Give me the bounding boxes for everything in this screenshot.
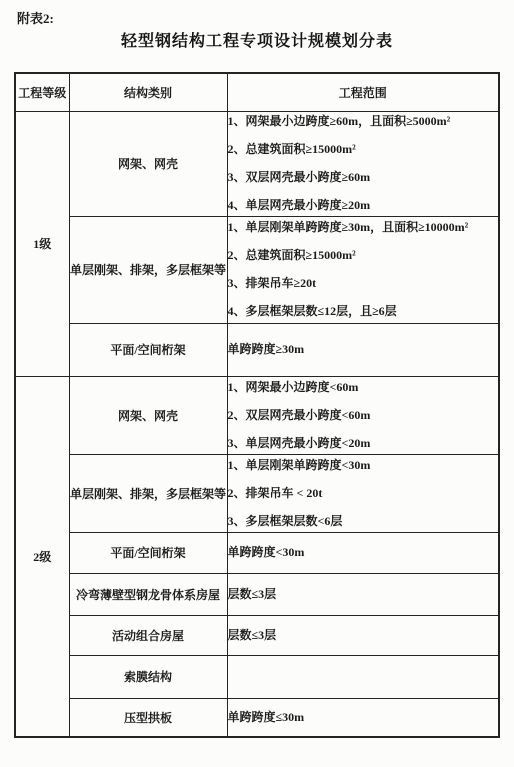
category-cell: 单层刚架、排架，多层框架等 [69, 216, 227, 323]
table-row: 单层刚架、排架，多层框架等 1、单层刚架单跨跨度≥30m，且面积≥10000m²… [15, 216, 499, 323]
scope-cell: 1、网架最小边跨度≥60m，且面积≥5000m² 2、总建筑面积≥15000m²… [227, 111, 499, 216]
scope-item: 2、总建筑面积≥15000m² [228, 248, 499, 263]
scope-item: 单跨跨度<30m [228, 545, 499, 560]
scope-item: 2、总建筑面积≥15000m² [228, 142, 499, 157]
header-row: 工程等级 结构类别 工程范围 [15, 73, 499, 111]
category-cell: 冷弯薄壁型钢龙骨体系房屋 [69, 573, 227, 615]
scope-item: 4、多层框架层数≤12层，且≥6层 [228, 304, 499, 319]
scope-cell: 层数≤3层 [227, 573, 499, 615]
scope-cell: 1、网架最小边跨度<60m 2、双层网壳最小跨度<60m 3、单层网壳最小跨度<… [227, 376, 499, 454]
table-row: 平面/空间桁架 单跨跨度≥30m [15, 323, 499, 376]
table-row: 1级 网架、网壳 1、网架最小边跨度≥60m，且面积≥5000m² 2、总建筑面… [15, 111, 499, 216]
scope-item: 单跨跨度≤30m [228, 710, 499, 725]
table-row: 活动组合房屋 层数≤3层 [15, 615, 499, 655]
scope-item: 1、单层刚架单跨跨度≥30m，且面积≥10000m² [228, 220, 499, 235]
table-row: 压型拱板 单跨跨度≤30m [15, 698, 499, 737]
scope-item: 3、多层框架层数<6层 [228, 514, 499, 529]
category-cell: 活动组合房屋 [69, 615, 227, 655]
scope-item: 1、网架最小边跨度<60m [228, 380, 499, 395]
scope-cell: 层数≤3层 [227, 615, 499, 655]
category-cell: 平面/空间桁架 [69, 532, 227, 573]
table-row: 索膜结构 [15, 655, 499, 698]
scope-item: 层数≤3层 [228, 628, 499, 643]
document-page: 附表2: 轻型钢结构工程专项设计规模划分表 工程等级 结构类别 工程范围 1级 … [0, 0, 514, 767]
header-cell-scope: 工程范围 [227, 73, 499, 111]
scope-cell: 单跨跨度≤30m [227, 698, 499, 737]
scope-cell: 单跨跨度<30m [227, 532, 499, 573]
scope-cell-empty [227, 655, 499, 698]
page-title: 轻型钢结构工程专项设计规模划分表 [0, 28, 514, 51]
scope-item: 4、单层网壳最小跨度≥20m [228, 198, 499, 213]
scope-item: 1、单层刚架单跨跨度<30m [228, 458, 499, 473]
scope-item: 2、排架吊车 < 20t [228, 486, 499, 501]
grade-cell-1: 1级 [15, 111, 69, 376]
scope-cell: 1、单层刚架单跨跨度≥30m，且面积≥10000m² 2、总建筑面积≥15000… [227, 216, 499, 323]
table-row: 平面/空间桁架 单跨跨度<30m [15, 532, 499, 573]
scope-item: 单跨跨度≥30m [228, 342, 499, 357]
scope-cell: 单跨跨度≥30m [227, 323, 499, 376]
table-row: 冷弯薄壁型钢龙骨体系房屋 层数≤3层 [15, 573, 499, 615]
scope-cell: 1、单层刚架单跨跨度<30m 2、排架吊车 < 20t 3、多层框架层数<6层 [227, 454, 499, 532]
scope-item: 3、单层网壳最小跨度<20m [228, 436, 499, 451]
category-cell: 网架、网壳 [69, 376, 227, 454]
scope-item: 3、排架吊车≥20t [228, 276, 499, 291]
category-cell: 网架、网壳 [69, 111, 227, 216]
table-row: 单层刚架、排架，多层框架等 1、单层刚架单跨跨度<30m 2、排架吊车 < 20… [15, 454, 499, 532]
category-cell: 平面/空间桁架 [69, 323, 227, 376]
category-cell: 索膜结构 [69, 655, 227, 698]
scope-item: 3、双层网壳最小跨度≥60m [228, 170, 499, 185]
scope-item: 层数≤3层 [228, 587, 499, 602]
classification-table: 工程等级 结构类别 工程范围 1级 网架、网壳 1、网架最小边跨度≥60m，且面… [14, 72, 500, 738]
scope-item: 2、双层网壳最小跨度<60m [228, 408, 499, 423]
grade-cell-2: 2级 [15, 376, 69, 737]
scope-item: 1、网架最小边跨度≥60m，且面积≥5000m² [228, 114, 499, 129]
table-row: 2级 网架、网壳 1、网架最小边跨度<60m 2、双层网壳最小跨度<60m 3、… [15, 376, 499, 454]
header-cell-category: 结构类别 [69, 73, 227, 111]
category-cell: 压型拱板 [69, 698, 227, 737]
category-cell: 单层刚架、排架，多层框架等 [69, 454, 227, 532]
header-cell-grade: 工程等级 [15, 73, 69, 111]
table-annotation: 附表2: [17, 8, 54, 27]
